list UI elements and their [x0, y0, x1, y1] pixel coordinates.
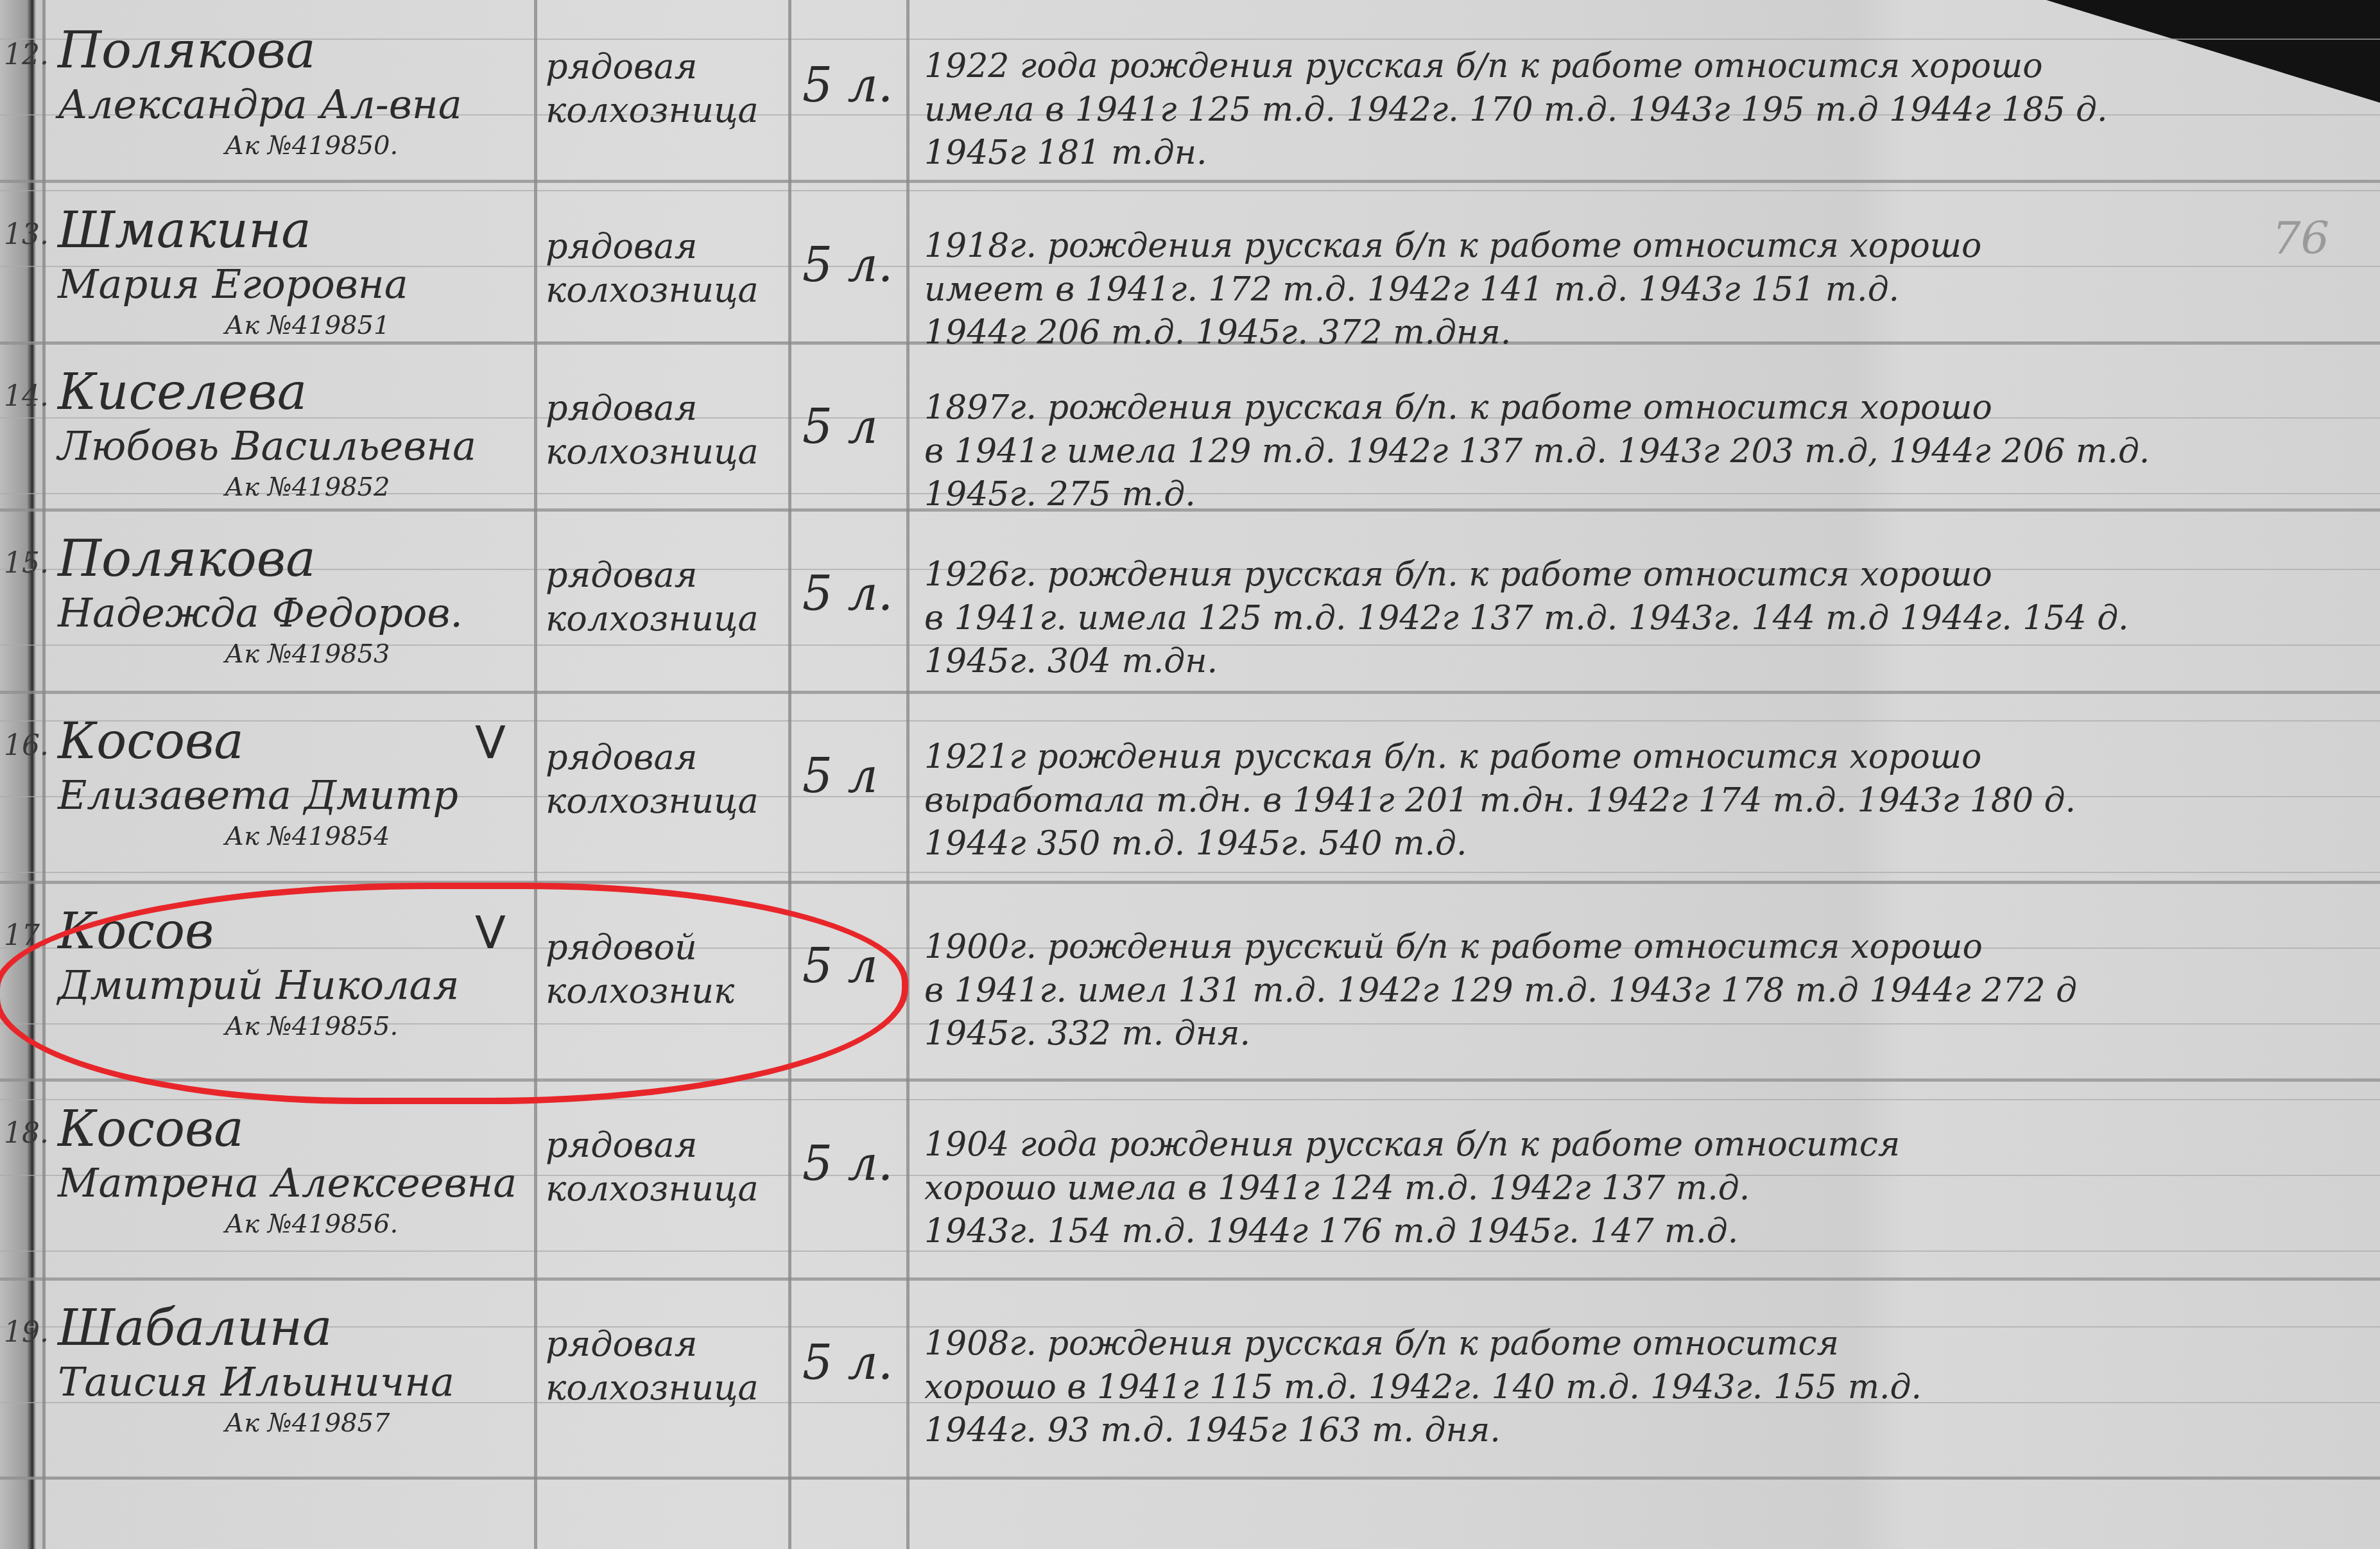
column-divider-term-desc: [906, 0, 910, 1549]
description-line: 1922 года рождения русская б/п к работе …: [924, 45, 2108, 89]
given-names: Мария Егоровна: [58, 264, 408, 304]
rank-cell: рядовая колхозница: [546, 45, 759, 132]
description-line: 1926г. рождения русская б/п. к работе от…: [924, 553, 2129, 597]
description-line: 1904 года рождения русская б/п к работе …: [924, 1123, 1900, 1167]
row-number: 16.: [4, 729, 49, 762]
description-line: 1945г. 332 т. дня.: [924, 1012, 2077, 1056]
description-line: 1921г рождения русская б/п. к работе отн…: [924, 736, 2076, 779]
ak-number: Ак №419850.: [58, 131, 462, 160]
red-highlight-circle: [0, 883, 908, 1104]
rank-line-2: колхозница: [546, 268, 759, 312]
surname: Киселева: [58, 367, 476, 417]
description-cell: 1900г. рождения русский б/п к работе отн…: [924, 926, 2077, 1056]
rank-line-2: колхозница: [546, 89, 759, 132]
person-name-cell: Полякова Надежда Федоров. Ак №419853: [58, 534, 463, 669]
rank-line-1: рядовая: [546, 1322, 759, 1366]
rank-cell: рядовая колхозница: [546, 1322, 759, 1409]
person-name-cell: Косова Елизавета Дмитр Ак №419854: [58, 716, 458, 851]
description-line: в 1941г имела 129 т.д. 1942г 137 т.д. 19…: [924, 430, 2150, 474]
term-cell: 5 л.: [802, 58, 893, 113]
description-cell: 1922 года рождения русская б/п к работе …: [924, 45, 2108, 175]
column-divider-rank-term: [788, 0, 791, 1549]
description-line: 1897г. рождения русская б/п. к работе от…: [924, 386, 2150, 430]
rank-line-1: рядовая: [546, 45, 759, 89]
ak-number: Ак №419852: [58, 472, 476, 502]
row-number: 12.: [4, 39, 49, 71]
row-number: 13.: [4, 218, 49, 251]
description-line: имела в 1941г 125 т.д. 1942г. 170 т.д. 1…: [924, 89, 2108, 132]
description-line: имеет в 1941г. 172 т.д. 1942г 141 т.д. 1…: [924, 268, 1981, 312]
description-line: хорошо в 1941г 115 т.д. 1942г. 140 т.д. …: [924, 1366, 1922, 1410]
person-name-cell: Полякова Александра Ал-вна Ак №419850.: [58, 26, 462, 160]
rank-line-2: колхозница: [546, 597, 759, 641]
rank-line-1: рядовая: [546, 386, 759, 430]
description-line: 1945г. 275 т.д.: [924, 473, 2150, 517]
rank-line-1: рядовая: [546, 225, 759, 268]
rank-cell: рядовая колхозница: [546, 386, 759, 473]
surname: Шмакина: [58, 205, 408, 255]
rank-cell: рядовая колхозница: [546, 1123, 759, 1210]
margin-note: 76: [2272, 212, 2329, 264]
description-line: 1943г. 154 т.д. 1944г 176 т.д 1945г. 147…: [924, 1210, 1900, 1254]
rank-cell: рядовая колхозница: [546, 225, 759, 311]
description-cell: 1918г. рождения русская б/п к работе отн…: [924, 225, 1981, 355]
description-cell: 1921г рождения русская б/п. к работе отн…: [924, 736, 2076, 866]
term-cell: 5 л.: [802, 566, 893, 621]
given-names: Матрена Алексеевна: [58, 1163, 517, 1203]
person-name-cell: Шмакина Мария Егоровна Ак №419851: [58, 205, 408, 340]
surname: Шабалина: [58, 1303, 454, 1353]
description-line: 1900г. рождения русский б/п к работе отн…: [924, 926, 2077, 969]
given-names: Елизавета Дмитр: [58, 775, 458, 815]
rank-cell: рядовая колхозница: [546, 553, 759, 640]
rank-line-1: рядовая: [546, 736, 759, 779]
row-number: 15.: [4, 547, 49, 580]
row-divider: [0, 1277, 2380, 1281]
given-names: Надежда Федоров.: [58, 593, 463, 633]
person-name-cell: Киселева Любовь Васильевна Ак №419852: [58, 367, 476, 502]
description-line: 1908г. рождения русская б/п к работе отн…: [924, 1322, 1922, 1366]
person-name-cell: Шабалина Таисия Ильинична Ак №419857: [58, 1303, 454, 1438]
description-line: 1944г 350 т.д. 1945г. 540 т.д.: [924, 822, 2076, 866]
description-line: 1944г. 93 т.д. 1945г 163 т. дня.: [924, 1409, 1922, 1453]
description-line: 1945г. 304 т.дн.: [924, 640, 2129, 684]
row-divider: [0, 180, 2380, 183]
row-divider: [0, 1476, 2380, 1480]
description-cell: 1897г. рождения русская б/п. к работе от…: [924, 386, 2150, 517]
term-cell: 5 л.: [802, 1335, 893, 1390]
description-line: в 1941г. имела 125 т.д. 1942г 137 т.д. 1…: [924, 597, 2129, 641]
rank-line-2: колхозница: [546, 1366, 759, 1410]
description-line: 1945г 181 т.дн.: [924, 132, 2108, 175]
checkmark: V: [475, 716, 506, 769]
column-divider-name-rank: [534, 0, 537, 1549]
given-names: Александра Ал-вна: [58, 85, 462, 125]
term-cell: 5 л: [802, 399, 878, 454]
description-cell: 1904 года рождения русская б/п к работе …: [924, 1123, 1900, 1254]
surname: Косова: [58, 1104, 517, 1154]
row-number: 19.: [4, 1316, 49, 1349]
given-names: Любовь Васильевна: [58, 426, 476, 466]
rank-line-2: колхозница: [546, 779, 759, 823]
rank-line-2: колхозница: [546, 430, 759, 474]
ak-number: Ак №419854: [58, 822, 458, 851]
description-line: хорошо имела в 1941г 124 т.д. 1942г 137 …: [924, 1167, 1900, 1211]
ruled-line: [0, 872, 2380, 873]
term-cell: 5 л: [802, 749, 878, 804]
rank-line-1: рядовая: [546, 553, 759, 597]
row-divider: [0, 691, 2380, 694]
rank-line-2: колхозница: [546, 1167, 759, 1211]
surname: Полякова: [58, 534, 463, 584]
row-number: 18.: [4, 1117, 49, 1150]
term-cell: 5 л.: [802, 238, 893, 293]
register-page: 76 12. Полякова Александра Ал-вна Ак №41…: [0, 0, 2380, 1549]
description-line: 1944г 206 т.д. 1945г. 372 т.дня.: [924, 311, 1981, 355]
rank-cell: рядовая колхозница: [546, 736, 759, 822]
description-line: выработала т.дн. в 1941г 201 т.дн. 1942г…: [924, 779, 2076, 823]
ak-number: Ак №419851: [58, 311, 408, 340]
row-divider: [0, 881, 2380, 884]
given-names: Таисия Ильинична: [58, 1362, 454, 1402]
description-cell: 1908г. рождения русская б/п к работе отн…: [924, 1322, 1922, 1453]
description-line: в 1941г. имел 131 т.д. 1942г 129 т.д. 19…: [924, 969, 2077, 1013]
surname: Полякова: [58, 26, 462, 76]
row-number: 14.: [4, 380, 49, 413]
ruled-line: [0, 190, 2380, 191]
rank-line-1: рядовая: [546, 1123, 759, 1167]
term-cell: 5 л.: [802, 1136, 893, 1191]
description-cell: 1926г. рождения русская б/п. к работе от…: [924, 553, 2129, 684]
ak-number: Ак №419856.: [58, 1209, 517, 1239]
ak-number: Ак №419857: [58, 1408, 454, 1438]
person-name-cell: Косова Матрена Алексеевна Ак №419856.: [58, 1104, 517, 1239]
surname: Косова: [58, 716, 458, 766]
ak-number: Ак №419853: [58, 639, 463, 669]
description-line: 1918г. рождения русская б/п к работе отн…: [924, 225, 1981, 268]
